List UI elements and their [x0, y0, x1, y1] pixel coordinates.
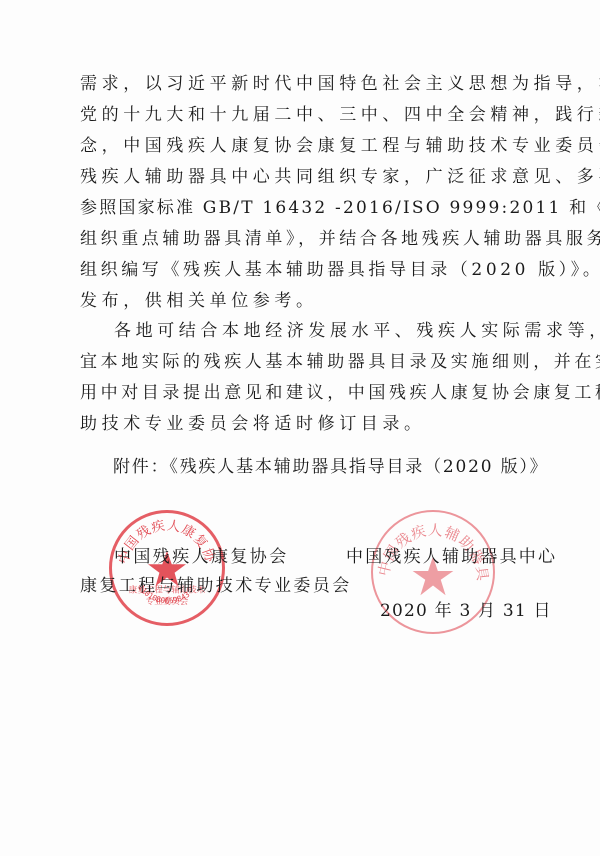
paragraph-1-line-2: 党的十九大和十九届二中、三中、四中全会精神，践行新发展理: [80, 104, 536, 126]
attachment-reference: 附件：《残疾人基本辅助器具指导目录（2020 版）》: [113, 456, 493, 478]
paragraph-2-line-4: 助技术专业委员会将适时修订目录。: [80, 413, 536, 435]
paragraph-1-line-7: 组织编写《残疾人基本辅助器具指导目录（2020 版）》。现予以: [80, 259, 536, 281]
paragraph-1-line-1: 需求，以习近平新时代中国特色社会主义思想为指导，深入贯彻: [80, 73, 536, 95]
signature-date: 2020 年 3 月 31 日: [380, 600, 552, 622]
seal-star-icon: 中国残疾人康复协会 康复工程与辅助技术 专业委员会 1101080659843: [112, 513, 222, 623]
left-official-seal: 中国残疾人康复协会 康复工程与辅助技术 专业委员会 1101080659843: [109, 510, 225, 626]
document-page: 需求，以习近平新时代中国特色社会主义思想为指导，深入贯彻 党的十九大和十九届二中…: [0, 0, 600, 856]
paragraph-1-line-6: 组织重点辅助器具清单》，并结合各地残疾人辅助器具服务实际，: [80, 228, 536, 250]
paragraph-2-line-1: 各地可结合本地经济发展水平、残疾人实际需求等，制定适: [114, 320, 536, 342]
paragraph-1-line-8: 发布，供相关单位参考。: [80, 290, 536, 312]
signature-left-org-line-1: 中国残疾人康复协会: [114, 546, 289, 568]
signature-left-org-line-2: 康复工程与辅助技术专业委员会: [80, 575, 352, 597]
paragraph-1-line-4: 残疾人辅助器具中心共同组织专家，广泛征求意见、多次研讨，: [80, 166, 536, 188]
signature-right-org: 中国残疾人辅助器具中心: [346, 546, 557, 568]
paragraph-1-line-5: 参照国家标准 GB/T 16432 -2016/ISO 9999:2011 和《…: [80, 197, 536, 219]
paragraph-2-line-2: 宜本地实际的残疾人基本辅助器具目录及实施细则，并在实际应: [80, 351, 536, 373]
paragraph-1-line-3: 念，中国残疾人康复协会康复工程与辅助技术专业委员会和中国: [80, 135, 536, 157]
paragraph-2-line-3: 用中对目录提出意见和建议，中国残疾人康复协会康复工程与辅: [80, 382, 536, 404]
